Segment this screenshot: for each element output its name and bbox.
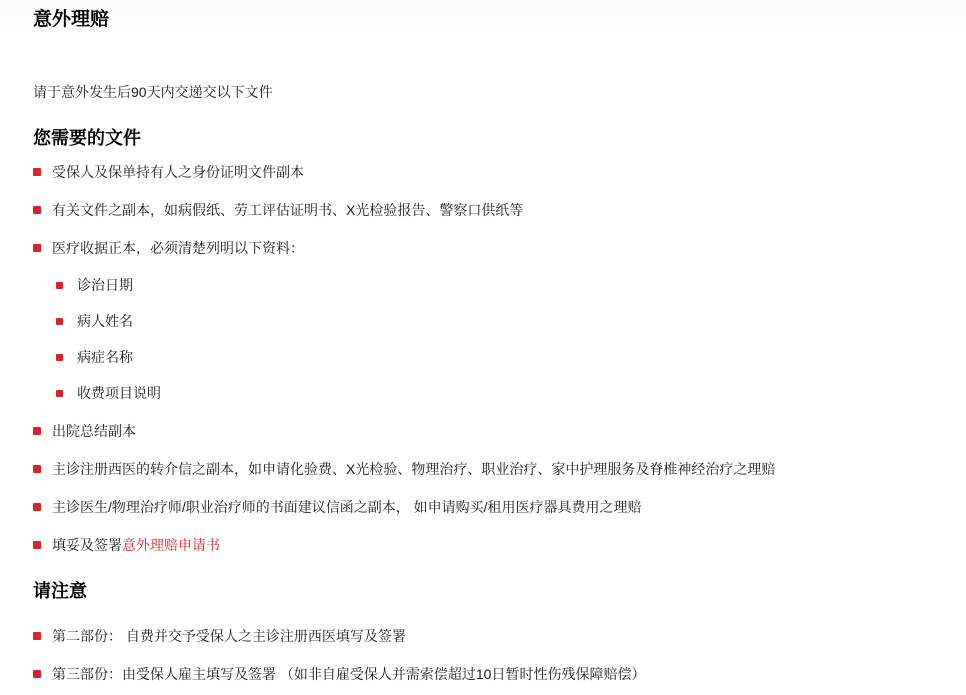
receipt-detail-item: 诊治日期 [56,278,933,293]
note-item: 第三部份：由受保人雇主填写及签署 （如非自雇受保人并需索偿超过10日暂时性伤残保… [33,667,933,682]
bullet-square-icon [56,390,63,397]
bullet-square-icon [33,427,41,435]
documents-list: 受保人及保单持有人之身份证明文件副本 有关文件之副本，如病假纸、劳工评估证明书、… [33,165,933,553]
bullet-square-icon [33,670,41,678]
notes-heading: 请注意 [33,580,933,602]
document-item: 主诊医生/物理治疗师/职业治疗师的书面建议信函之副本， 如申请购买/租用医疗器具… [33,500,933,515]
receipt-detail-text: 收费项目说明 [77,385,161,401]
documents-heading: 您需要的文件 [33,127,933,149]
receipt-detail-text: 诊治日期 [77,277,133,293]
note-item-text: 第三部份：由受保人雇主填写及签署 （如非自雇受保人并需索偿超过10日暂时性伤残保… [52,666,645,682]
bullet-square-icon [33,206,41,214]
note-item: 第二部份： 自费并交予受保人之主诊注册西医填写及签署 [33,629,933,644]
bullet-square-icon [33,632,41,640]
receipt-details-list: 诊治日期 病人姓名 病症名称 收费项目说明 [52,278,933,401]
receipt-detail-item: 病人姓名 [56,314,933,329]
document-item-text: 有关文件之副本，如病假纸、劳工评估证明书、X光检验报告、警察口供纸等 [52,202,523,218]
intro-text: 请于意外发生后90天内交递交以下文件 [33,85,933,100]
receipt-detail-item: 收费项目说明 [56,386,933,401]
page-title: 意外理赔 [33,0,933,30]
receipt-detail-item: 病症名称 [56,350,933,365]
document-item-text: 主诊医生/物理治疗师/职业治疗师的书面建议信函之副本， 如申请购买/租用医疗器具… [52,499,642,515]
receipt-detail-text: 病症名称 [77,349,133,365]
document-item-text: 受保人及保单持有人之身份证明文件副本 [52,164,304,180]
bullet-square-icon [33,168,41,176]
note-item-text: 第二部份： 自费并交予受保人之主诊注册西医填写及签署 [52,628,406,644]
bullet-square-icon [56,282,63,289]
document-item: 主诊注册西医的转介信之副本，如申请化验费、X光检验、物理治疗、职业治疗、家中护理… [33,462,933,477]
document-item-text: 医疗收据正本，必须清楚列明以下资料： [52,240,304,256]
accident-claims-page: 意外理赔 请于意外发生后90天内交递交以下文件 您需要的文件 受保人及保单持有人… [0,0,966,682]
bullet-square-icon [33,465,41,473]
bullet-square-icon [33,541,41,549]
bullet-square-icon [56,354,63,361]
document-item: 有关文件之副本，如病假纸、劳工评估证明书、X光检验报告、警察口供纸等 [33,203,933,218]
claim-form-link[interactable]: 意外理赔申请书 [122,537,220,553]
bullet-square-icon [33,503,41,511]
receipt-detail-text: 病人姓名 [77,313,133,329]
document-item: 医疗收据正本，必须清楚列明以下资料： 诊治日期 病人姓名 病症名称 收费项目说明 [33,241,933,401]
bullet-square-icon [33,244,41,252]
bullet-square-icon [56,318,63,325]
form-item-prefix: 填妥及签署 [52,537,122,553]
document-item: 受保人及保单持有人之身份证明文件副本 [33,165,933,180]
document-item-text: 出院总结副本 [52,423,136,439]
document-item: 出院总结副本 [33,424,933,439]
notes-list: 第二部份： 自费并交予受保人之主诊注册西医填写及签署 第三部份：由受保人雇主填写… [33,629,933,682]
document-item: 填妥及签署意外理赔申请书 [33,538,933,553]
document-item-text: 主诊注册西医的转介信之副本，如申请化验费、X光检验、物理治疗、职业治疗、家中护理… [52,461,775,477]
